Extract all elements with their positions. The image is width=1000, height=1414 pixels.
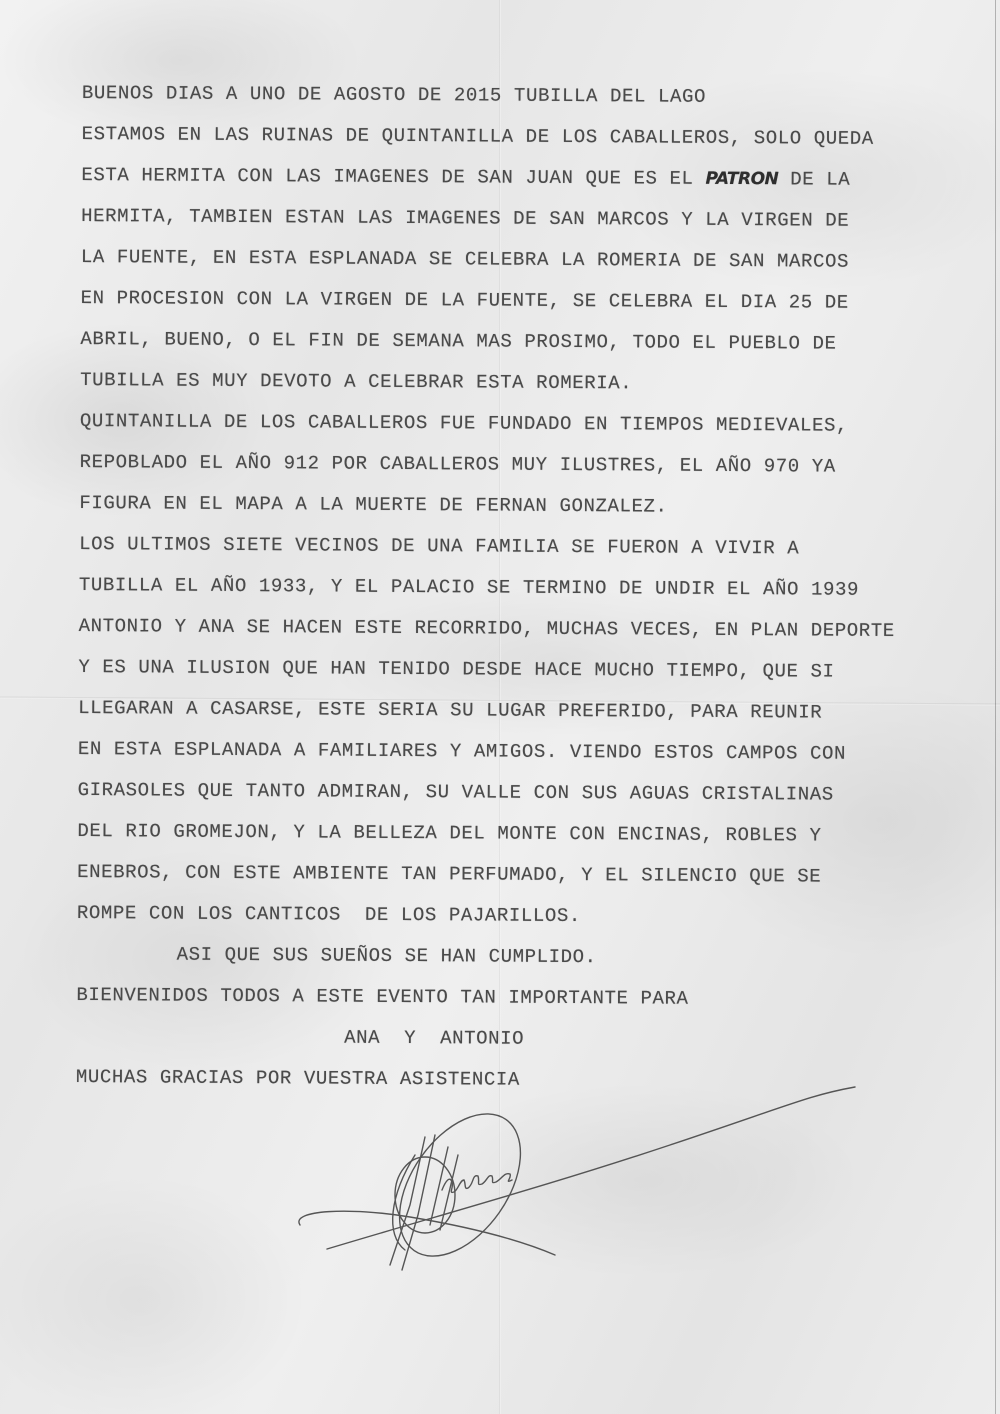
body-line: TUBILLA EL AÑO 1933, Y EL PALACIO SE TER… — [79, 570, 959, 616]
body-line: LLEGARAN A CASARSE, ESTE SERIA SU LUGAR … — [78, 693, 958, 739]
body-line: LA FUENTE, EN ESTA ESPLANADA SE CELEBRA … — [81, 242, 961, 288]
body-line: ROMPE CON LOS CANTICOS DE LOS PAJARILLOS… — [77, 898, 957, 944]
body-line: EN ESTA ESPLANADA A FAMILIARES Y AMIGOS.… — [78, 734, 958, 780]
body-line: LOS ULTIMOS SIETE VECINOS DE UNA FAMILIA… — [79, 529, 959, 575]
body-line: REPOBLADO EL AÑO 912 POR CABALLEROS MUY … — [79, 447, 959, 493]
body-line: DEL RIO GROMEJON, Y LA BELLEZA DEL MONTE… — [77, 816, 957, 862]
line-hermitage-before: ESTA HERMITA CON LAS IMAGENES DE SAN JUA… — [81, 164, 705, 190]
paper-right-edge — [995, 0, 996, 1414]
body-line: ANTONIO Y ANA SE HACEN ESTE RECORRIDO, M… — [78, 611, 958, 657]
body-line: QUINTANILLA DE LOS CABALLEROS FUE FUNDAD… — [80, 406, 960, 452]
line-dreams-fulfilled: ASI QUE SUS SUEÑOS SE HAN CUMPLIDO. — [76, 939, 956, 985]
handwritten-signature-icon — [290, 1075, 870, 1275]
line-welcome: BIENVENIDOS TODOS A ESTE EVENTO TAN IMPO… — [76, 980, 956, 1026]
body-line: FIGURA EN EL MAPA A LA MUERTE DE FERNAN … — [79, 488, 959, 534]
body-line: EN PROCESION CON LA VIRGEN DE LA FUENTE,… — [80, 283, 960, 329]
body-line: TUBILLA ES MUY DEVOTO A CELEBRAR ESTA RO… — [80, 365, 960, 411]
line-ruins: ESTAMOS EN LAS RUINAS DE QUINTANILLA DE … — [81, 119, 961, 165]
handwritten-correction: PATRON — [705, 169, 778, 189]
body-line: ENEBROS, CON ESTE AMBIENTE TAN PERFUMADO… — [77, 857, 957, 903]
line-hermitage-after: DE LA — [778, 168, 850, 190]
line-hermitage: ESTA HERMITA CON LAS IMAGENES DE SAN JUA… — [81, 160, 961, 206]
scanned-letter-page: BUENOS DIAS A UNO DE AGOSTO DE 2015 TUBI… — [0, 0, 1000, 1414]
line-couple-names: ANA Y ANTONIO — [76, 1021, 956, 1067]
body-line: ABRIL, BUENO, O EL FIN DE SEMANA MAS PRO… — [80, 324, 960, 370]
body-line: HERMITA, TAMBIEN ESTAN LAS IMAGENES DE S… — [81, 201, 961, 247]
body-line: GIRASOLES QUE TANTO ADMIRAN, SU VALLE CO… — [77, 775, 957, 821]
typewritten-body: BUENOS DIAS A UNO DE AGOSTO DE 2015 TUBI… — [76, 78, 962, 1108]
line-greeting: BUENOS DIAS A UNO DE AGOSTO DE 2015 TUBI… — [82, 78, 962, 124]
body-line: Y ES UNA ILUSION QUE HAN TENIDO DESDE HA… — [78, 652, 958, 698]
